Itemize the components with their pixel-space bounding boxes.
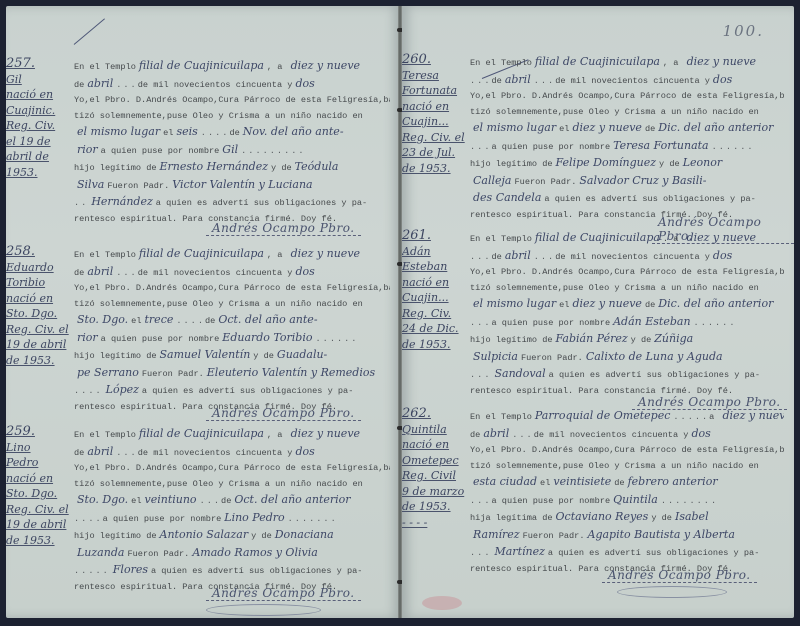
record-number: 259. xyxy=(6,424,76,440)
record-number: 258. xyxy=(6,244,76,260)
typed-text: de mil novecientos cincuenta y xyxy=(138,448,293,458)
temple-name: filial de Cuajinicuilapa xyxy=(136,59,267,72)
typed-text: a quien puse por nombre xyxy=(491,318,610,328)
typed-text: el xyxy=(163,128,173,138)
year-suffix: dos xyxy=(292,265,317,278)
godparent-tail: Martínez xyxy=(491,545,547,558)
margin-note: el 19 de xyxy=(6,134,76,150)
mother-name: Isabel xyxy=(672,510,712,523)
birthplace: esta ciudad xyxy=(470,475,540,488)
child-name: Gil xyxy=(219,143,241,156)
birth-month-year: Oct. del año anterior xyxy=(231,493,353,506)
birth-month-year: Dic. del año anterior xyxy=(655,297,776,310)
typed-text: a quien puse por nombre xyxy=(491,142,610,152)
typed-text: el xyxy=(540,478,550,488)
typed-text: Yo,el Pbro. D.Andrés Ocampo,Cura Párroco… xyxy=(74,281,390,297)
margin-note: 19 de abril xyxy=(6,517,76,533)
baptism-day: diez y nueve xyxy=(684,55,759,68)
margin-note: de 1953. xyxy=(402,499,472,515)
birth-day: diez y nueve xyxy=(569,297,644,310)
child-name-margin: Gil xyxy=(6,72,76,88)
right-page: 100. 260. Teresa Fortunata nació en Cuaj… xyxy=(402,6,794,618)
typed-text: En el Templo xyxy=(74,62,136,72)
birthplace: el mismo lugar xyxy=(74,125,163,138)
baptism-month: abril xyxy=(502,249,534,262)
typed-text: hijo legítimo de xyxy=(470,335,553,345)
child-name: Lino Pedro xyxy=(221,511,287,524)
father-name: Ernesto Hernández xyxy=(157,160,272,173)
typed-text: de xyxy=(74,448,84,458)
priest-signature: Andrés Ocampo Pbro. xyxy=(206,406,361,421)
typed-text: Fueron Padr. xyxy=(142,369,204,379)
typed-text: y de xyxy=(651,513,672,523)
typed-text: hija legítima de xyxy=(470,513,553,523)
mother-name: Guadalu- xyxy=(274,348,330,361)
typed-text: a quien es advertí sus obligaciones y pa… xyxy=(142,386,353,396)
typed-text: Yo,el Pbro. D.Andrés Ocampo,Cura Párroco… xyxy=(74,461,390,477)
typed-text: a quien es advertí sus obligaciones y pa… xyxy=(549,370,760,380)
signature-flourish xyxy=(206,604,321,616)
margin-note: Cuajin... xyxy=(402,114,472,130)
baptism-day: diez y nueve xyxy=(720,409,785,422)
temple-name: filial de Cuajinicuilapa xyxy=(136,247,267,260)
temple-name: filial de Cuajinicuilapa xyxy=(532,231,663,244)
godparents: Eleuterio Valentín y Remedios xyxy=(204,366,378,379)
signature-flourish xyxy=(617,586,727,598)
margin-note: 19 de abril xyxy=(6,337,76,353)
margin-note: Pedro xyxy=(6,455,76,471)
child-name-margin: Lino xyxy=(6,440,76,456)
mother-surname: Calleja xyxy=(470,174,515,187)
margin-note: nació en xyxy=(6,87,76,103)
record-body: En el Templofilial de Cuajinicuilapa, a … xyxy=(74,426,390,595)
typed-text: hijo legítimo de xyxy=(74,531,157,541)
child-name-margin: Teresa xyxy=(402,68,472,84)
baptism-day: diez y nueve xyxy=(288,427,363,440)
typed-text: a quien puse por nombre xyxy=(103,514,222,524)
birth-day: trece xyxy=(142,313,177,326)
typed-text: Yo,el Pbro. D.Andrés Ocampo,Cura Párroco… xyxy=(470,89,784,105)
record-margin-notes: 257. Gil nació en Cuajinic. Reg. Civ. el… xyxy=(6,56,76,180)
record-body: En el Templofilial de Cuajinicuilapa, a … xyxy=(470,54,784,223)
record-margin-notes: 262. Quintila nació en Ometepec Reg. Civ… xyxy=(402,406,472,530)
mother-surname: Ramírez xyxy=(470,528,523,541)
year-suffix: dos xyxy=(292,445,317,458)
year-suffix: dos xyxy=(710,249,735,262)
mother-surname: pe Serrano xyxy=(74,366,142,379)
child-name-margin: Quintila xyxy=(402,422,472,438)
baptism-month: abril xyxy=(84,265,116,278)
margin-note: Sto. Dgo. xyxy=(6,486,76,502)
margin-note: Toribio xyxy=(6,275,76,291)
typed-text: y de xyxy=(631,335,652,345)
margin-note: nació en xyxy=(6,471,76,487)
margin-note: Fortunata xyxy=(402,83,472,99)
typed-text: a quien puse por nombre xyxy=(101,334,220,344)
margin-note: Cuajin... xyxy=(402,290,472,306)
typed-text: y de xyxy=(251,531,272,541)
birth-tail: rior xyxy=(74,143,101,156)
godparents: Amado Ramos y Olivia xyxy=(189,546,320,559)
godparent-tail: López xyxy=(103,383,142,396)
temple-name: filial de Cuajinicuilapa xyxy=(532,55,663,68)
child-name-margin: Eduardo xyxy=(6,260,76,276)
typed-text: de mil novecientos cincuenta y xyxy=(555,76,710,86)
margin-note: de 1953. xyxy=(402,161,472,177)
margin-note: Reg. Civ. xyxy=(6,118,76,134)
typed-text: Yo,el Pbro. D.Andrés Ocampo,Cura Párroco… xyxy=(470,443,784,459)
typed-text: de xyxy=(491,76,501,86)
typed-text: a quien es advertí sus obligaciones y pa… xyxy=(548,548,759,558)
margin-note: Ometepec xyxy=(402,453,472,469)
record-margin-notes: 258. Eduardo Toribio nació en Sto. Dgo. … xyxy=(6,244,76,368)
typed-text: de mil novecientos cincuenta y xyxy=(555,252,710,262)
typed-text: Yo,el Pbro. D.Andrés Ocampo,Cura Párroco… xyxy=(470,265,784,281)
typed-text: hijo legítimo de xyxy=(74,163,157,173)
typed-text: tizó solemnemente,puse Oleo y Crisma a u… xyxy=(74,109,390,125)
typed-text: tizó solemnemente,puse Oleo y Crisma a u… xyxy=(74,297,390,313)
godparent-tail: Flores xyxy=(110,563,151,576)
typed-text: En el Templo xyxy=(74,250,136,260)
typed-text: y de xyxy=(253,351,274,361)
mother-name: Teódula xyxy=(292,160,342,173)
godparents: Calixto de Luna y Aguda xyxy=(583,350,726,363)
mother-name: Zúñiga xyxy=(651,332,696,345)
typed-text: y de xyxy=(659,159,680,169)
typed-text: el xyxy=(131,496,141,506)
mother-surname: Sulpicia xyxy=(470,350,521,363)
typed-text: Fueron Padr. xyxy=(107,181,169,191)
birth-day: diez y nueve xyxy=(569,121,644,134)
birth-month-year: Oct. del año ante- xyxy=(215,313,320,326)
birthplace: el mismo lugar xyxy=(470,297,559,310)
typed-text: a quien puse por nombre xyxy=(491,496,610,506)
baptism-day: diez y nueve xyxy=(288,59,363,72)
margin-note: Sto. Dgo. xyxy=(6,306,76,322)
record-margin-notes: 259. Lino Pedro nació en Sto. Dgo. Reg. … xyxy=(6,424,76,548)
typed-text: Fueron Padr. xyxy=(127,549,189,559)
typed-text: En el Templo xyxy=(470,412,532,422)
margin-note: Esteban xyxy=(402,259,472,275)
margin-note: nació en xyxy=(402,437,472,453)
typed-text: de xyxy=(491,252,501,262)
record-margin-notes: 261. Adán Esteban nació en Cuajin... Reg… xyxy=(402,228,472,352)
typed-text: a quien es advertí sus obligaciones y pa… xyxy=(544,194,755,204)
priest-signature: Andrés Ocampo Pbro. xyxy=(206,586,361,601)
temple-name: Parroquial de Ometepec xyxy=(532,409,673,422)
typed-text: de xyxy=(74,268,84,278)
child-name: Teresa Fortunata xyxy=(610,139,712,152)
margin-note: 1953. xyxy=(6,165,76,181)
typed-text: a quien es advertí sus obligaciones y pa… xyxy=(151,566,362,576)
typed-text: y de xyxy=(271,163,292,173)
father-name: Felipe Domínguez xyxy=(553,156,660,169)
typed-text: el xyxy=(559,124,569,134)
margin-note: abril de xyxy=(6,149,76,165)
typed-text: de mil novecientos cincuenta y xyxy=(138,268,293,278)
pen-stroke xyxy=(74,18,105,44)
typed-text: Fueron Padr. xyxy=(521,353,583,363)
margin-note: Reg. Civ. el xyxy=(402,130,472,146)
margin-note: Reg. Civil xyxy=(402,468,472,484)
record-body: En el Templofilial de Cuajinicuilapa, a … xyxy=(74,246,390,415)
page-number: 100. xyxy=(723,22,764,40)
baptism-month: abril xyxy=(84,77,116,90)
birth-month-year: Dic. del año anterior xyxy=(655,121,776,134)
record-number: 257. xyxy=(6,56,76,72)
margin-note: nació en xyxy=(6,291,76,307)
godparents: Salvador Cruz y Basili- xyxy=(576,174,709,187)
year-suffix: dos xyxy=(292,77,317,90)
typed-text: En el Templo xyxy=(74,430,136,440)
margin-note: 24 de Dic. xyxy=(402,321,472,337)
temple-name: filial de Cuajinicuilapa xyxy=(136,427,267,440)
typed-text: a quien es advertí sus obligaciones y pa… xyxy=(156,198,367,208)
father-name: Fabián Pérez xyxy=(553,332,631,345)
father-name: Samuel Valentín xyxy=(157,348,254,361)
baptism-day: diez y nueve xyxy=(288,247,363,260)
godparent-tail: des Candela xyxy=(470,191,544,204)
typed-text: de xyxy=(470,430,480,440)
mother-surname: Luzanda xyxy=(74,546,127,559)
baptism-month: abril xyxy=(84,445,116,458)
godparents: Agapito Bautista y Alberta xyxy=(585,528,738,541)
mother-name: Leonor xyxy=(680,156,725,169)
typed-text: el xyxy=(131,316,141,326)
birth-day: veintiuno xyxy=(142,493,200,506)
typed-text: Fueron Padr. xyxy=(515,177,577,187)
margin-note: de 1953. xyxy=(6,353,76,369)
baptism-month: abril xyxy=(480,427,512,440)
record-body: En el Templofilial de Cuajinicuilapa, a … xyxy=(74,58,390,227)
priest-signature: Andrés Ocampo Pbro. xyxy=(206,221,361,236)
typed-text: tizó solemnemente,puse Oleo y Crisma a u… xyxy=(470,281,784,297)
record-number: 262. xyxy=(402,406,472,422)
birth-day: veintisiete xyxy=(550,475,614,488)
birthplace: Sto. Dgo. xyxy=(74,313,131,326)
father-name: Octaviano Reyes xyxy=(553,510,652,523)
margin-note: Cuajinic. xyxy=(6,103,76,119)
typed-text: tizó solemnemente,puse Oleo y Crisma a u… xyxy=(74,477,390,493)
birth-month-year: Nov. del año ante- xyxy=(240,125,347,138)
child-name-margin: Adán xyxy=(402,244,472,260)
birthplace: Sto. Dgo. xyxy=(74,493,131,506)
paper-stain xyxy=(422,596,462,610)
left-page: 257. Gil nació en Cuajinic. Reg. Civ. el… xyxy=(6,6,400,618)
baptism-month: abril xyxy=(502,73,534,86)
margin-note: 23 de Jul. xyxy=(402,145,472,161)
margin-note: - - - - xyxy=(402,515,472,531)
typed-text: Fueron Padr. xyxy=(523,531,585,541)
margin-note: nació en xyxy=(402,275,472,291)
typed-text: tizó solemnemente,puse Oleo y Crisma a u… xyxy=(470,461,759,471)
mother-surname: Silva xyxy=(74,178,107,191)
typed-text: el xyxy=(559,300,569,310)
year-suffix: dos xyxy=(688,427,713,440)
typed-text: de mil novecientos cincuenta y xyxy=(138,80,293,90)
record-margin-notes: 260. Teresa Fortunata nació en Cuajin...… xyxy=(402,52,472,176)
typed-text: hijo legítimo de xyxy=(74,351,157,361)
baptism-day: diez y nueve xyxy=(684,231,759,244)
margin-note: nació en xyxy=(402,99,472,115)
child-name: Quintila xyxy=(610,493,661,506)
record-body: En el Templofilial de Cuajinicuilapa. a … xyxy=(470,230,784,399)
margin-note: de 1953. xyxy=(402,337,472,353)
typed-text: de mil novecientos cincuenta y xyxy=(534,430,689,440)
typed-text: Yo,el Pbro. D.Andrés Ocampo,Cura Párroco… xyxy=(74,93,390,109)
record-body: En el TemploParroquial de Ometepec.....a… xyxy=(470,408,784,577)
typed-text: En el Templo xyxy=(470,234,532,244)
child-name: Eduardo Toribio xyxy=(219,331,315,344)
record-number: 260. xyxy=(402,52,472,68)
margin-note: de 1953. xyxy=(6,533,76,549)
mother-name: Donaciana xyxy=(272,528,337,541)
priest-signature: Andrés Ocampo Pbro. xyxy=(602,568,757,583)
godparent-tail: Hernández xyxy=(88,195,155,208)
typed-text: En el Templo xyxy=(470,58,532,68)
typed-text: hijo legítimo de xyxy=(470,159,553,169)
year-suffix: dos xyxy=(710,73,735,86)
godparents: Victor Valentín y Luciana xyxy=(169,178,315,191)
margin-note: 9 de marzo xyxy=(402,484,472,500)
margin-note: Reg. Civ. el xyxy=(6,322,76,338)
birth-month-year: febrero anterior xyxy=(625,475,721,488)
birth-tail: rior xyxy=(74,331,101,344)
birthplace: el mismo lugar xyxy=(470,121,559,134)
child-name: Adán Esteban xyxy=(610,315,693,328)
open-register-book: 257. Gil nació en Cuajinic. Reg. Civ. el… xyxy=(0,0,800,626)
godparent-tail: Sandoval xyxy=(491,367,548,380)
record-number: 261. xyxy=(402,228,472,244)
birth-day: seis xyxy=(173,125,200,138)
father-name: Antonio Salazar xyxy=(157,528,252,541)
typed-text: a quien puse por nombre xyxy=(101,146,220,156)
margin-note: Reg. Civ. el xyxy=(6,502,76,518)
typed-text: de xyxy=(74,80,84,90)
typed-text: tizó solemnemente,puse Oleo y Crisma a u… xyxy=(470,105,784,121)
margin-note: Reg. Civ. xyxy=(402,306,472,322)
